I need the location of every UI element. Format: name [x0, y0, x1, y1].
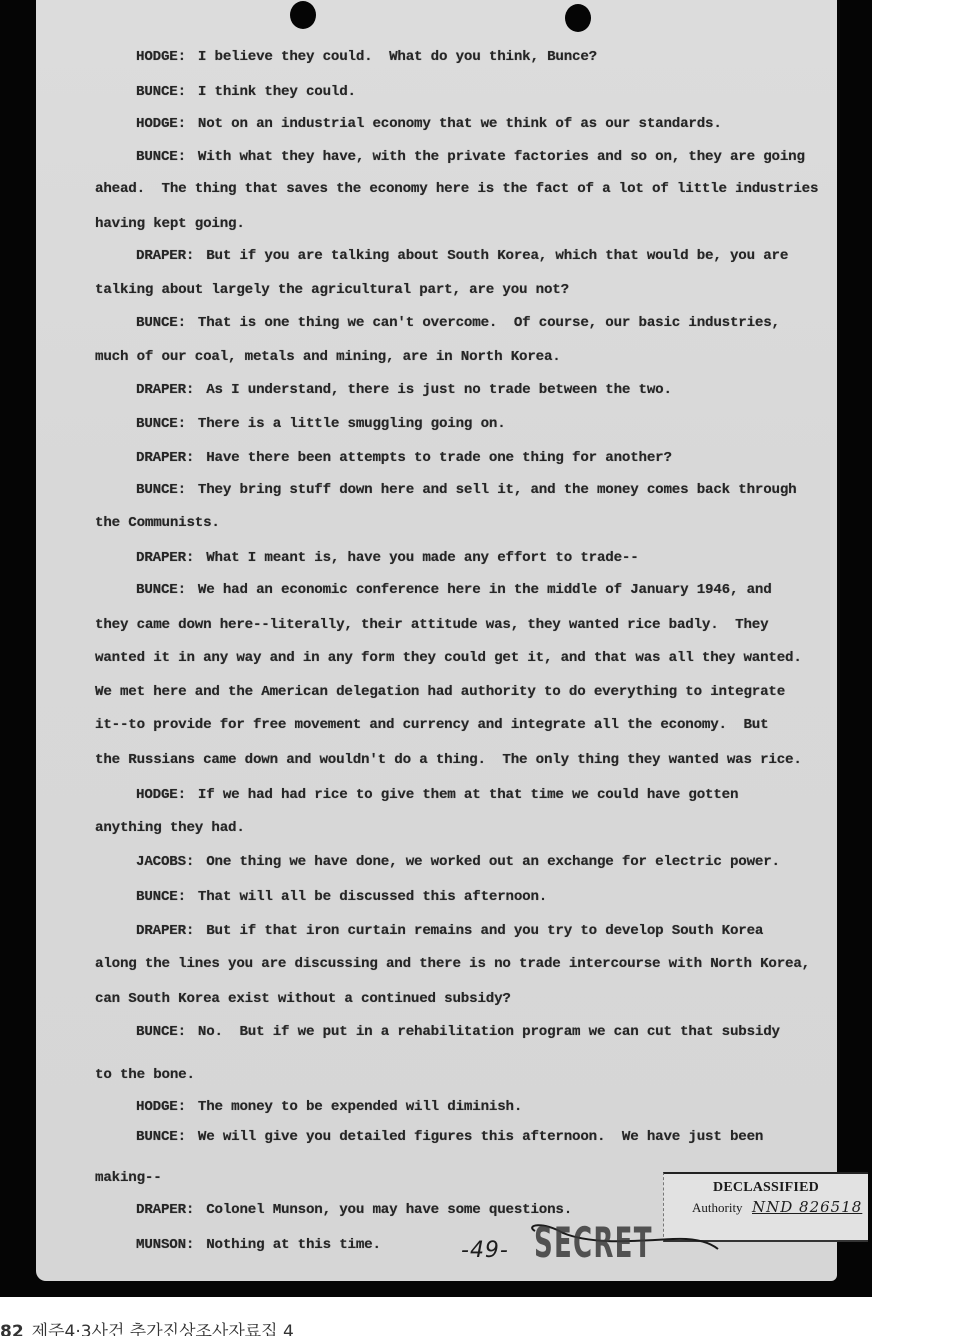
speaker-label: MUNSON:	[136, 1237, 194, 1253]
line-text: it--to provide for free movement and cur…	[95, 717, 768, 733]
transcript-line: MUNSON:Nothing at this time.	[136, 1236, 381, 1254]
line-text: As I understand, there is just no trade …	[206, 382, 672, 398]
transcript-line: wanted it in any way and in any form the…	[95, 649, 802, 667]
line-text: We had an economic conference here in th…	[198, 582, 772, 598]
speaker-label: BUNCE:	[136, 1024, 186, 1040]
book-title: 제주4·3사건 추가진상조사자료집 4	[32, 1322, 294, 1336]
book-caption: 82제주4·3사건 추가진상조사자료집 4	[0, 1317, 294, 1336]
transcript-line: HODGE:The money to be expended will dimi…	[136, 1098, 522, 1116]
transcript-line: the Russians came down and wouldn't do a…	[95, 751, 802, 769]
transcript-line: BUNCE:There is a little smuggling going …	[136, 415, 506, 433]
transcript-line: to the bone.	[95, 1066, 195, 1084]
line-text: ahead. The thing that saves the economy …	[95, 181, 818, 197]
speaker-label: JACOBS:	[136, 854, 194, 870]
line-text: having kept going.	[95, 216, 245, 232]
transcript-line: much of our coal, metals and mining, are…	[95, 348, 561, 366]
speaker-label: DRAPER:	[136, 923, 194, 939]
transcript-line: HODGE:If we had had rice to give them at…	[136, 786, 738, 804]
speaker-label: BUNCE:	[136, 315, 186, 331]
transcript-line: they came down here--literally, their at…	[95, 616, 768, 634]
speaker-label: DRAPER:	[136, 382, 194, 398]
transcript-line: DRAPER:But if you are talking about Sout…	[136, 247, 788, 265]
document-page: HODGE:I believe they could. What do you …	[36, 0, 837, 1281]
secret-stamp: SECRET	[534, 1218, 653, 1267]
speaker-label: BUNCE:	[136, 416, 186, 432]
transcript-line: anything they had.	[95, 819, 245, 837]
transcript-line: HODGE:Not on an industrial economy that …	[136, 115, 722, 133]
transcript-line: BUNCE:That will all be discussed this af…	[136, 888, 547, 906]
transcript-line: DRAPER:Have there been attempts to trade…	[136, 449, 672, 467]
line-text: We met here and the American delegation …	[95, 684, 785, 700]
transcript-line: having kept going.	[95, 215, 245, 233]
transcript-line: We met here and the American delegation …	[95, 683, 785, 701]
transcript-line: BUNCE:No. But if we put in a rehabilitat…	[136, 1023, 780, 1041]
line-text: I think they could.	[198, 84, 356, 100]
speaker-label: DRAPER:	[136, 550, 194, 566]
transcript-line: along the lines you are discussing and t…	[95, 955, 810, 973]
transcript-line: it--to provide for free movement and cur…	[95, 716, 768, 734]
page-number: -49-	[461, 1238, 509, 1263]
line-text: But if that iron curtain remains and you…	[206, 923, 763, 939]
line-text: the Russians came down and wouldn't do a…	[95, 752, 802, 768]
transcript-line: the Communists.	[95, 514, 220, 532]
transcript-line: DRAPER:But if that iron curtain remains …	[136, 922, 763, 940]
line-text: I believe they could. What do you think,…	[198, 49, 597, 65]
line-text: They bring stuff down here and sell it, …	[198, 482, 797, 498]
line-text: The money to be expended will diminish.	[198, 1099, 522, 1115]
book-page-number: 82	[0, 1322, 24, 1336]
transcript-line: BUNCE:We had an economic conference here…	[136, 581, 772, 599]
line-text: Colonel Munson, you may have some questi…	[206, 1202, 572, 1218]
transcript-line: DRAPER:As I understand, there is just no…	[136, 381, 672, 399]
speaker-label: BUNCE:	[136, 149, 186, 165]
line-text: No. But if we put in a rehabilitation pr…	[198, 1024, 780, 1040]
transcript-line: can South Korea exist without a continue…	[95, 990, 511, 1008]
line-text: There is a little smuggling going on.	[198, 416, 506, 432]
line-text: talking about largely the agricultural p…	[95, 282, 569, 298]
punch-hole-left	[290, 1, 316, 29]
speaker-label: DRAPER:	[136, 248, 194, 264]
transcript-line: DRAPER:What I meant is, have you made an…	[136, 549, 639, 567]
line-text: Have there been attempts to trade one th…	[206, 450, 672, 466]
authority-label: Authority	[692, 1200, 743, 1216]
line-text: much of our coal, metals and mining, are…	[95, 349, 561, 365]
transcript-line: BUNCE:With what they have, with the priv…	[136, 148, 805, 166]
scan-frame: HODGE:I believe they could. What do you …	[0, 0, 872, 1297]
speaker-label: HODGE:	[136, 1099, 186, 1115]
speaker-label: BUNCE:	[136, 482, 186, 498]
line-text: That is one thing we can't overcome. Of …	[198, 315, 780, 331]
speaker-label: DRAPER:	[136, 450, 194, 466]
line-text: But if you are talking about South Korea…	[206, 248, 788, 264]
line-text: With what they have, with the private fa…	[198, 149, 805, 165]
line-text: making--	[95, 1170, 162, 1186]
line-text: the Communists.	[95, 515, 220, 531]
line-text: That will all be discussed this afternoo…	[198, 889, 547, 905]
speaker-label: BUNCE:	[136, 84, 186, 100]
authority-number: NND 826518	[752, 1198, 862, 1216]
punch-hole-right	[565, 4, 591, 32]
line-text: to the bone.	[95, 1067, 195, 1083]
speaker-label: BUNCE:	[136, 582, 186, 598]
speaker-label: HODGE:	[136, 787, 186, 803]
transcript-line: DRAPER:Colonel Munson, you may have some…	[136, 1201, 572, 1219]
line-text: can South Korea exist without a continue…	[95, 991, 511, 1007]
declassified-title: DECLASSIFIED	[664, 1180, 868, 1196]
transcript-line: ahead. The thing that saves the economy …	[95, 180, 818, 198]
line-text: If we had had rice to give them at that …	[198, 787, 738, 803]
transcript-line: BUNCE:They bring stuff down here and sel…	[136, 481, 797, 499]
transcript-line: BUNCE:We will give you detailed figures …	[136, 1128, 763, 1146]
line-text: One thing we have done, we worked out an…	[206, 854, 780, 870]
line-text: What I meant is, have you made any effor…	[206, 550, 638, 566]
transcript-line: HODGE:I believe they could. What do you …	[136, 48, 597, 66]
transcript-line: BUNCE:That is one thing we can't overcom…	[136, 314, 780, 332]
line-text: they came down here--literally, their at…	[95, 617, 768, 633]
speaker-label: HODGE:	[136, 116, 186, 132]
speaker-label: BUNCE:	[136, 1129, 186, 1145]
line-text: Not on an industrial economy that we thi…	[198, 116, 722, 132]
line-text: wanted it in any way and in any form the…	[95, 650, 802, 666]
line-text: anything they had.	[95, 820, 245, 836]
transcript-line: JACOBS:One thing we have done, we worked…	[136, 853, 780, 871]
line-text: We will give you detailed figures this a…	[198, 1129, 763, 1145]
speaker-label: HODGE:	[136, 49, 186, 65]
line-text: along the lines you are discussing and t…	[95, 956, 810, 972]
line-text: Nothing at this time.	[206, 1237, 381, 1253]
transcript-line: making--	[95, 1169, 162, 1187]
speaker-label: DRAPER:	[136, 1202, 194, 1218]
transcript-line: BUNCE:I think they could.	[136, 83, 356, 101]
transcript-line: talking about largely the agricultural p…	[95, 281, 569, 299]
speaker-label: BUNCE:	[136, 889, 186, 905]
